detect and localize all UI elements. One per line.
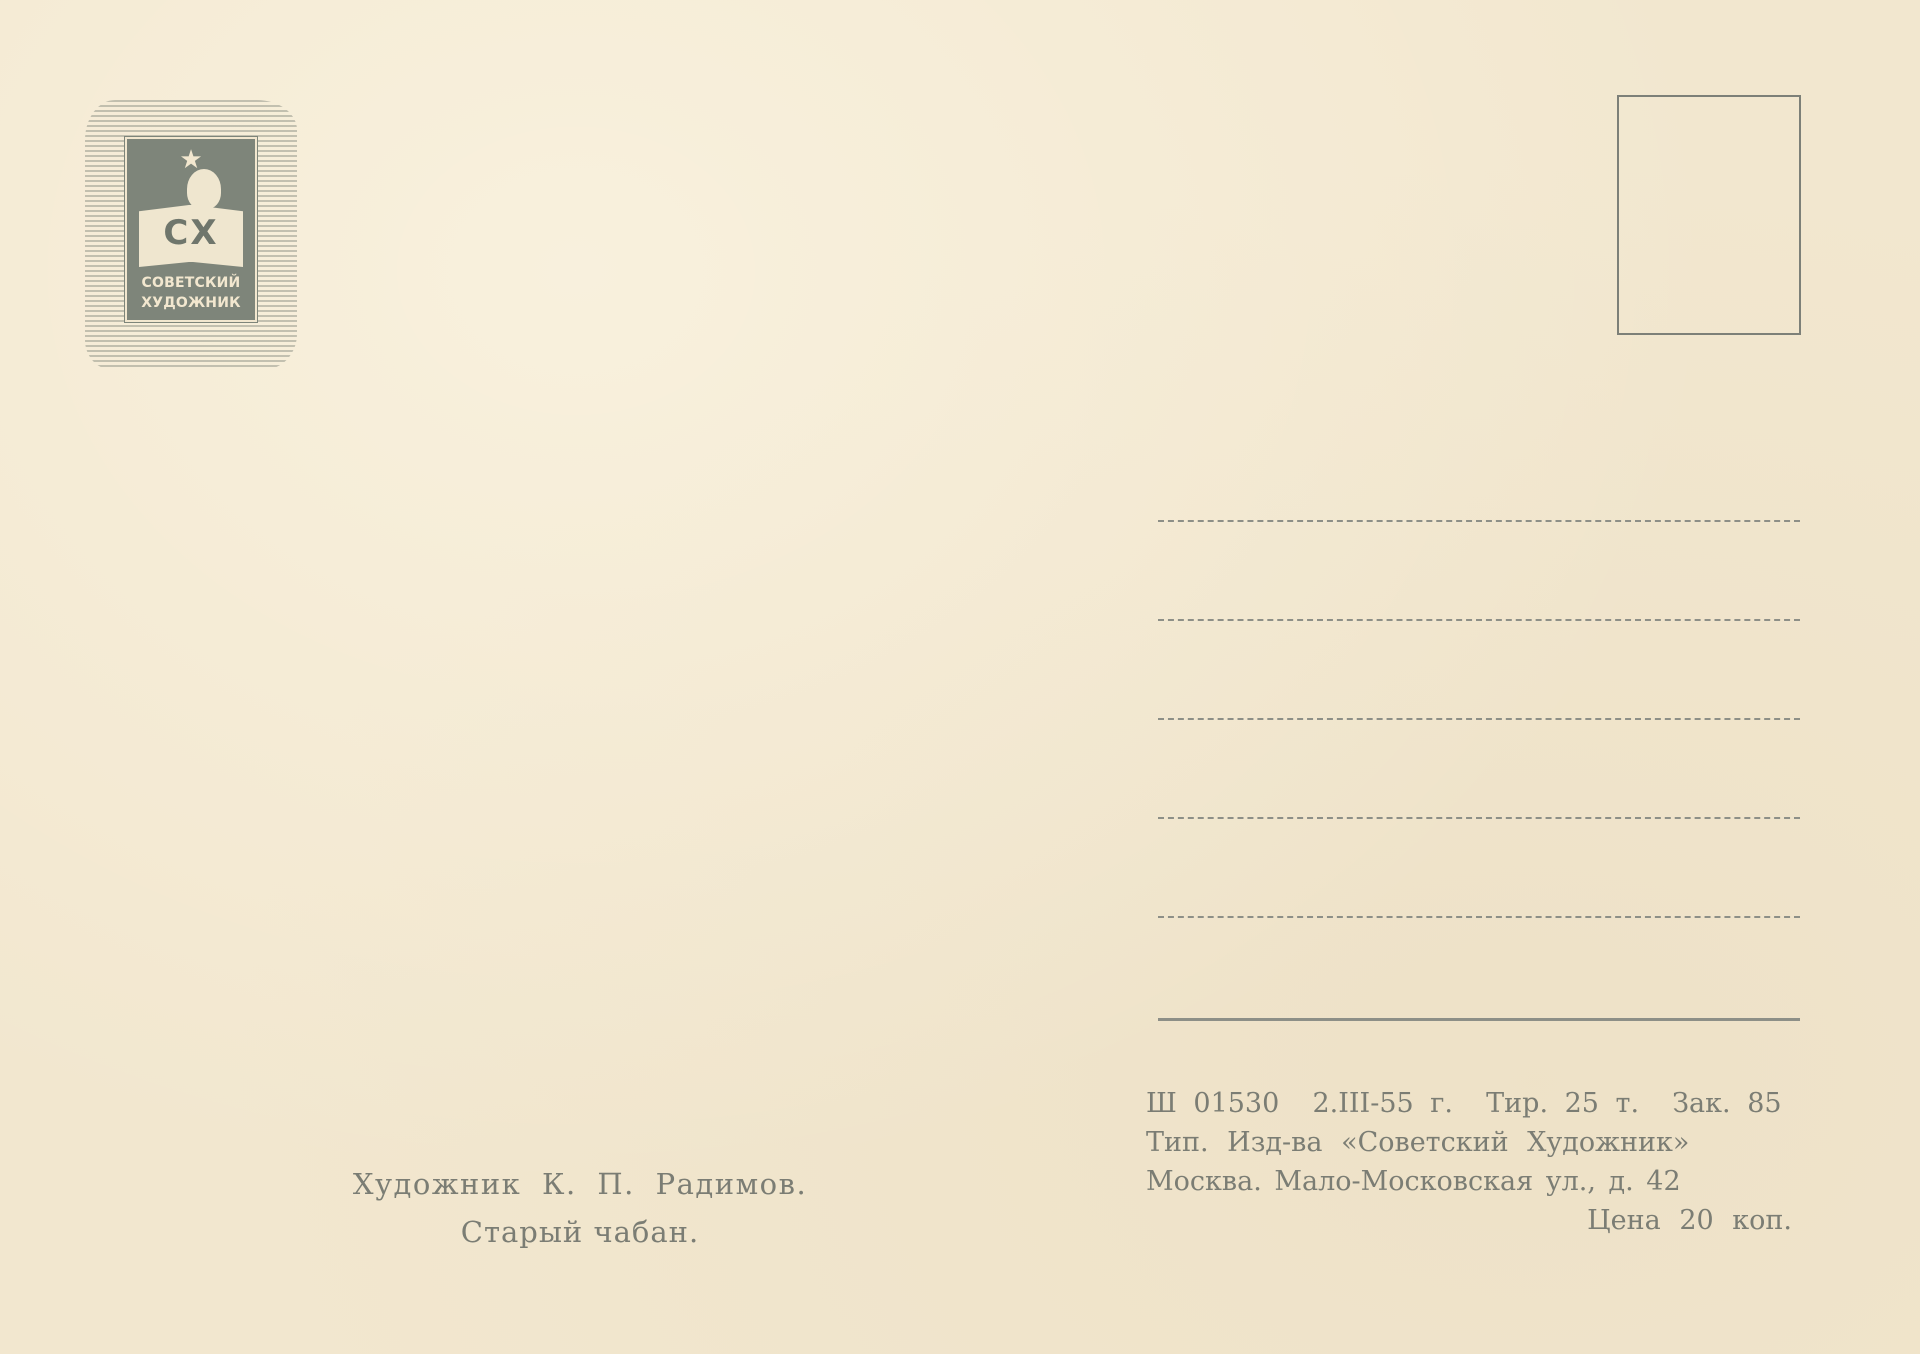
logo-panel: ★ СХ СОВЕТСКИЙ ХУДОЖНИК <box>125 137 257 322</box>
price-label: Цена 20 коп. <box>1146 1201 1802 1240</box>
imprint-line-2: Тип. Изд-ва «Советский Художник» <box>1146 1123 1802 1162</box>
logo-monogram: СХ <box>145 211 237 255</box>
publisher-imprint: Ш 01530 2.III-55 г. Тир. 25 т. Зак. 85 Т… <box>1146 1084 1802 1240</box>
address-line-4 <box>1158 817 1800 819</box>
imprint-line-1: Ш 01530 2.III-55 г. Тир. 25 т. Зак. 85 <box>1146 1084 1802 1123</box>
stamp-box <box>1617 95 1801 335</box>
artist-credit: Художник К. П. Радимов. <box>280 1160 880 1208</box>
address-line-1 <box>1158 520 1800 522</box>
logo-name-line-1: СОВЕТСКИЙ <box>127 275 255 291</box>
artwork-title: Старый чабан. <box>280 1208 880 1256</box>
logo-name-line-2: ХУДОЖНИК <box>127 295 255 311</box>
publisher-logo: ★ СХ СОВЕТСКИЙ ХУДОЖНИК <box>85 100 297 370</box>
address-line-3 <box>1158 718 1800 720</box>
artwork-caption: Художник К. П. Радимов. Старый чабан. <box>280 1160 880 1256</box>
address-line-2 <box>1158 619 1800 621</box>
address-line-5 <box>1158 916 1800 918</box>
address-line-6 <box>1158 1018 1800 1021</box>
palette-icon <box>187 169 221 209</box>
imprint-line-3: Москва. Мало-Московская ул., д. 42 <box>1146 1162 1802 1201</box>
